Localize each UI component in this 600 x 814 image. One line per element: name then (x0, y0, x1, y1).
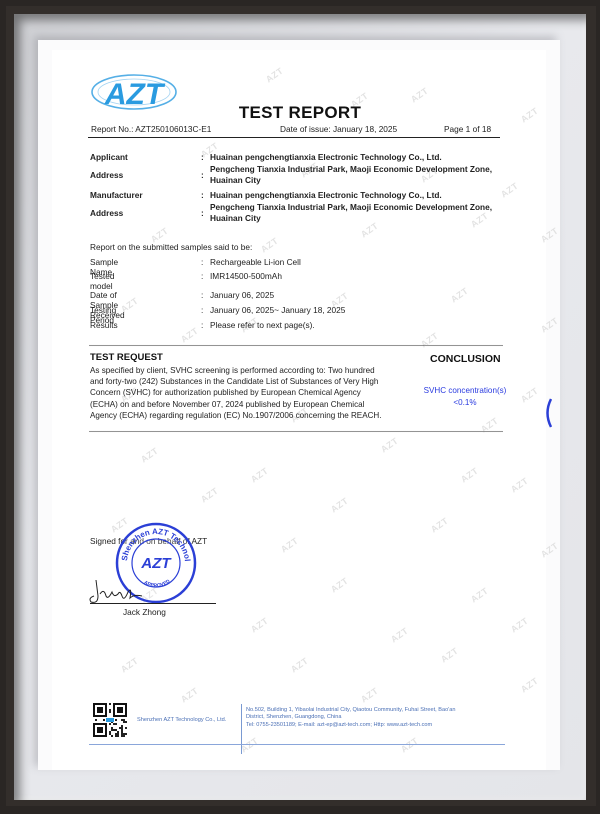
conclusion-line-1: SVHC concentration(s) (415, 385, 515, 397)
footer-company: Shenzhen AZT Technology Co., Ltd. (137, 717, 226, 723)
applicant-label: Applicant (90, 152, 128, 162)
page-number: Page 1 of 18 (444, 124, 491, 134)
page-title: TEST REPORT (0, 103, 600, 123)
manufacturer-label: Manufacturer (90, 190, 143, 200)
date-received-value: January 06, 2025 (210, 290, 510, 301)
tested-model-value: IMR14500-500mAh (210, 271, 510, 282)
tested-model-label: Tested model (90, 271, 114, 291)
test-request-heading: TEST REQUEST (90, 352, 163, 363)
signature-line (90, 603, 216, 604)
header-rule (88, 137, 500, 138)
address-label: Address (90, 208, 123, 218)
report-number: Report No.: AZT250106013C-E1 (91, 124, 211, 134)
svg-text:AZT: AZT (140, 555, 172, 572)
colon: : (201, 271, 203, 281)
colon: : (201, 320, 203, 330)
colon: : (201, 257, 203, 267)
conclusion-value: SVHC concentration(s) <0.1% (415, 385, 515, 409)
sample-name-value: Rechargeable Li-ion Cell (210, 257, 510, 268)
colon: : (201, 170, 204, 180)
footer-address-line-1: No.502, Building 1, Yibaolai Industrial … (246, 707, 506, 714)
qr-code-icon (93, 703, 127, 737)
footer-contact: Tel: 0755-23501189; E-mail: azt-ep@azt-t… (246, 722, 506, 729)
applicant-value: Huainan pengchengtianxia Electronic Tech… (210, 152, 510, 163)
address-label: Address (90, 170, 123, 180)
samples-intro: Report on the submitted samples said to … (90, 242, 252, 252)
dotted-divider-bottom (89, 430, 503, 433)
manufacturer-value: Huainan pengchengtianxia Electronic Tech… (210, 190, 510, 201)
signatory-name: Jack Zhong (123, 607, 166, 617)
footer-divider (241, 704, 242, 754)
results-value: Please refer to next page(s). (210, 320, 510, 331)
stamp-edge-mark-icon (544, 398, 552, 428)
footer-rule (89, 744, 505, 745)
colon: : (201, 305, 203, 315)
conclusion-line-2: <0.1% (415, 397, 515, 409)
colon: : (201, 290, 203, 300)
conclusion-heading: CONCLUSION (430, 353, 501, 365)
footer-address-line-2: District, Shenzhen, Guangdong, China (246, 714, 506, 721)
results-label: Results (90, 320, 118, 330)
manufacturer-address-value: Pengcheng Tianxia Industrial Park, Maoji… (210, 202, 510, 224)
test-request-body: As specified by client, SVHC screening i… (90, 365, 390, 421)
handwritten-signature-icon (86, 576, 156, 606)
date-of-issue: Date of issue: January 18, 2025 (280, 124, 397, 134)
testing-period-value: January 06, 2025~ January 18, 2025 (210, 305, 510, 316)
applicant-address-value: Pengcheng Tianxia Industrial Park, Maoji… (210, 164, 510, 186)
colon: : (201, 208, 204, 218)
dotted-divider-top (89, 344, 503, 347)
colon: : (201, 152, 204, 162)
footer-address: No.502, Building 1, Yibaolai Industrial … (246, 707, 506, 729)
colon: : (201, 190, 204, 200)
